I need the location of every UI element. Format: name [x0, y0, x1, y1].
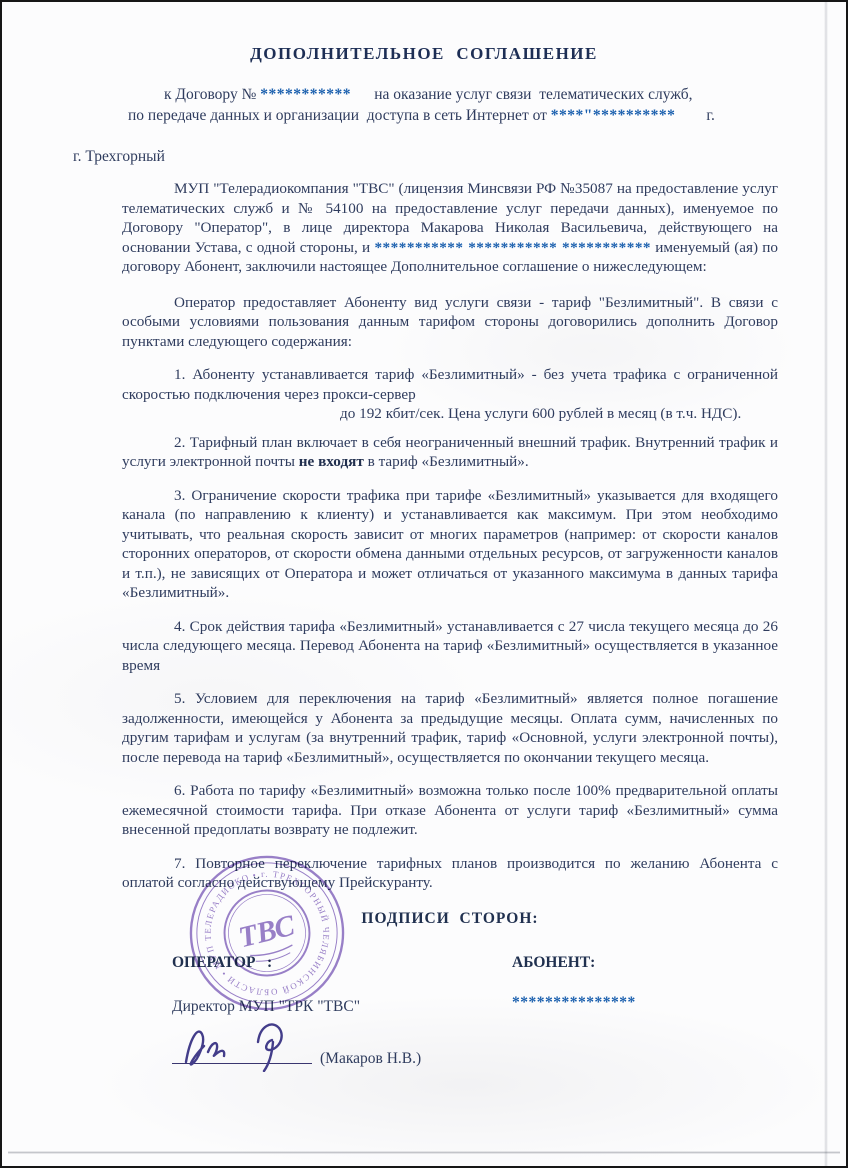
- clause-2-part-2: в тариф «Безлимитный».: [364, 453, 529, 470]
- clause-2-bold-phrase: не входят: [299, 453, 364, 470]
- document-title: ДОПОЛНИТЕЛЬНОЕ СОГЛАШЕНИЕ: [2, 44, 846, 64]
- preamble-line-1-text: к Договору №: [164, 86, 260, 103]
- intro-paragraph: МУП "Телерадиокомпания "ТВС" (лицензия М…: [122, 179, 778, 277]
- contract-number-stars: ***********: [260, 86, 351, 103]
- contract-date-stars: ****"**********: [551, 107, 676, 124]
- abonent-label: АБОНЕНТ:: [512, 954, 778, 972]
- scanned-agreement-page: ДОПОЛНИТЕЛЬНОЕ СОГЛАШЕНИЕ к Договору № *…: [0, 0, 848, 1168]
- preamble-line-2-tail: г.: [675, 107, 714, 124]
- page-edge-shadow-right: [824, 2, 828, 1166]
- preamble-line-1: к Договору № *********** на оказание усл…: [164, 84, 786, 105]
- preamble-line-2-text: по передаче данных и организации доступа…: [128, 107, 551, 124]
- page-edge-shadow-bottom: [8, 1151, 840, 1154]
- clause-5: 5. Условием для переключения на тариф «Б…: [122, 689, 778, 767]
- clause-4: 4. Срок действия тарифа «Безлимитный» ус…: [122, 617, 778, 676]
- operator-signature-row: (Макаров Н.В.): [172, 1022, 512, 1074]
- abonent-signature-space: [512, 1016, 778, 1074]
- clause-2: 2. Тарифный план включает в себя неогран…: [122, 433, 778, 472]
- subscriber-name-stars: *********** *********** ***********: [374, 239, 651, 256]
- abonent-name-stars: ***************: [512, 994, 778, 1016]
- city-line: г. Трехгорный: [73, 148, 846, 166]
- operator-name: (Макаров Н.В.): [320, 1050, 421, 1068]
- stamp-monogram: ТВС: [236, 909, 299, 954]
- clause-3: 3. Ограничение скорости трафика при тари…: [122, 486, 778, 603]
- handwritten-signature: [180, 1012, 320, 1072]
- document-body: МУП "Телерадиокомпания "ТВС" (лицензия М…: [122, 179, 778, 928]
- preamble-line-2: по передаче данных и организации доступа…: [128, 105, 806, 126]
- preamble-line-1-tail: на оказание услуг связи телематических с…: [351, 86, 693, 103]
- clause-6: 6. Работа по тарифу «Безлимитный» возмож…: [122, 781, 778, 840]
- clause-1: 1. Абоненту устанавливается тариф «Безли…: [122, 365, 778, 404]
- purpose-paragraph: Оператор предоставляет Абоненту вид услу…: [122, 293, 778, 352]
- clause-1-tariff-detail: до 192 кбит/сек. Цена услуги 600 рублей …: [122, 404, 778, 424]
